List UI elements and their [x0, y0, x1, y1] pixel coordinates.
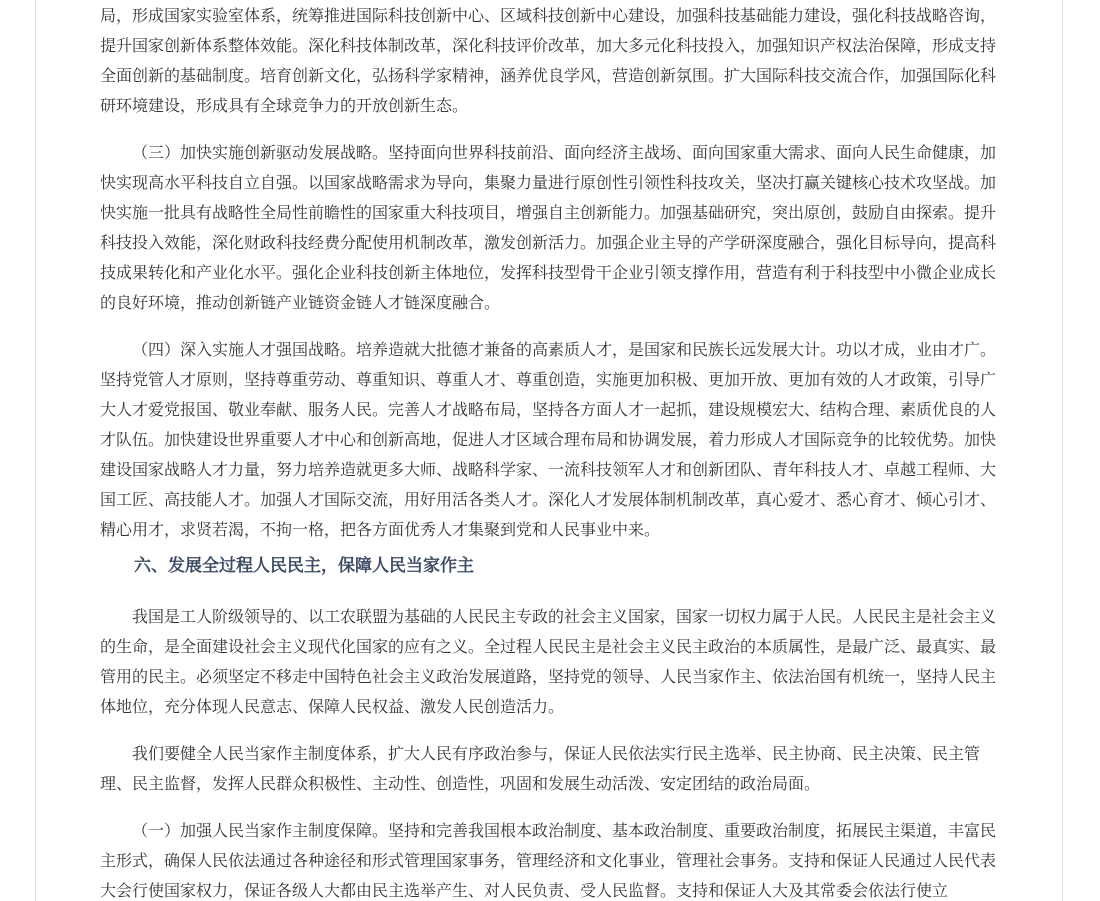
paragraph-item-1-institutional-guarantee: （一）加强人民当家作主制度保障。坚持和完善我国根本政治制度、基本政治制度、重要政…	[100, 817, 1000, 901]
article-container: 局，形成国家实验室体系，统筹推进国际科技创新中心、区域科技创新中心建设，加强科技…	[35, 0, 1063, 901]
paragraph-science-ecosystem-continuation: 局，形成国家实验室体系，统筹推进国际科技创新中心、区域科技创新中心建设，加强科技…	[100, 2, 1000, 122]
paragraph-democracy-system: 我们要健全人民当家作主制度体系，扩大人民有序政治参与，保证人民依法实行民主选举、…	[100, 740, 1000, 800]
article-body: 局，形成国家实验室体系，统筹推进国际科技创新中心、区域科技创新中心建设，加强科技…	[100, 2, 1000, 901]
page: { "colors": { "background": "#ffffff", "…	[0, 0, 1100, 901]
section-heading-six-democracy: 六、发展全过程人民民主，保障人民当家作主	[100, 551, 1000, 581]
paragraph-item-3-innovation-strategy: （三）加快实施创新驱动发展战略。坚持面向世界科技前沿、面向经济主战场、面向国家重…	[100, 139, 1000, 319]
paragraph-item-4-talent-strategy: （四）深入实施人才强国战略。培养造就大批德才兼备的高素质人才，是国家和民族长远发…	[100, 336, 1000, 546]
paragraph-democracy-intro: 我国是工人阶级领导的、以工农联盟为基础的人民民主专政的社会主义国家，国家一切权力…	[100, 603, 1000, 723]
